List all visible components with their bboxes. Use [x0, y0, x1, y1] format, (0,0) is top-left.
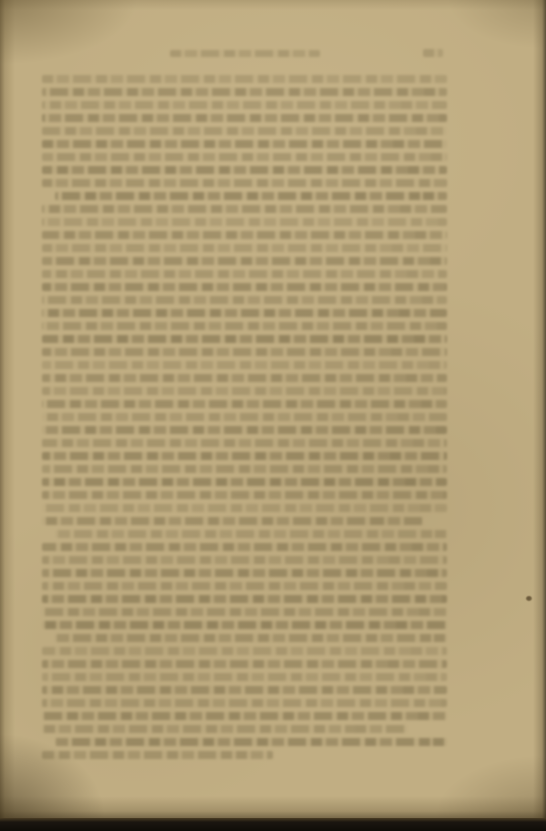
text-line	[42, 296, 447, 304]
text-line	[42, 673, 447, 681]
page-number	[423, 49, 443, 57]
text-line	[42, 725, 407, 733]
text-line	[42, 699, 447, 707]
text-line	[42, 608, 447, 616]
text-line	[42, 621, 447, 629]
text-line	[42, 543, 447, 551]
text-line	[42, 361, 447, 369]
scanned-book-page-screenshot: { "page": { "description": "Scan of an a…	[0, 0, 546, 831]
text-line	[42, 179, 447, 187]
text-line	[42, 140, 447, 148]
text-line	[42, 712, 447, 720]
text-line	[42, 426, 447, 434]
text-line	[42, 309, 447, 317]
text-line	[42, 153, 447, 161]
text-line	[42, 205, 447, 213]
text-line	[42, 335, 447, 343]
text-line	[42, 166, 447, 174]
text-line	[55, 738, 447, 746]
text-line	[42, 322, 447, 330]
text-line	[42, 270, 447, 278]
text-line	[42, 647, 447, 655]
text-line	[42, 257, 447, 265]
text-line	[42, 491, 447, 499]
text-line	[42, 595, 447, 603]
page-blemish	[526, 596, 532, 601]
text-line	[42, 439, 447, 447]
text-line	[42, 517, 423, 525]
text-line	[42, 582, 447, 590]
text-line	[55, 530, 447, 538]
text-line	[42, 504, 447, 512]
text-line	[42, 660, 447, 668]
text-line	[42, 114, 447, 122]
text-line	[42, 452, 447, 460]
text-line	[42, 283, 447, 291]
text-line	[42, 387, 447, 395]
text-line	[42, 127, 447, 135]
text-line	[42, 374, 447, 382]
text-line	[42, 101, 447, 109]
text-line	[42, 465, 447, 473]
text-line	[55, 192, 447, 200]
text-line	[42, 244, 447, 252]
text-line	[42, 348, 447, 356]
text-line	[42, 231, 447, 239]
text-line	[42, 556, 447, 564]
text-line	[42, 413, 447, 421]
text-line	[42, 75, 447, 83]
text-line	[42, 218, 447, 226]
text-line	[42, 88, 447, 96]
book-page	[0, 0, 546, 818]
running-header	[170, 50, 320, 57]
text-line	[42, 478, 447, 486]
scanner-background-strip	[0, 818, 546, 831]
text-line	[42, 751, 273, 759]
text-line	[42, 400, 447, 408]
text-line	[42, 686, 447, 694]
text-line	[42, 569, 447, 577]
text-line	[55, 634, 447, 642]
